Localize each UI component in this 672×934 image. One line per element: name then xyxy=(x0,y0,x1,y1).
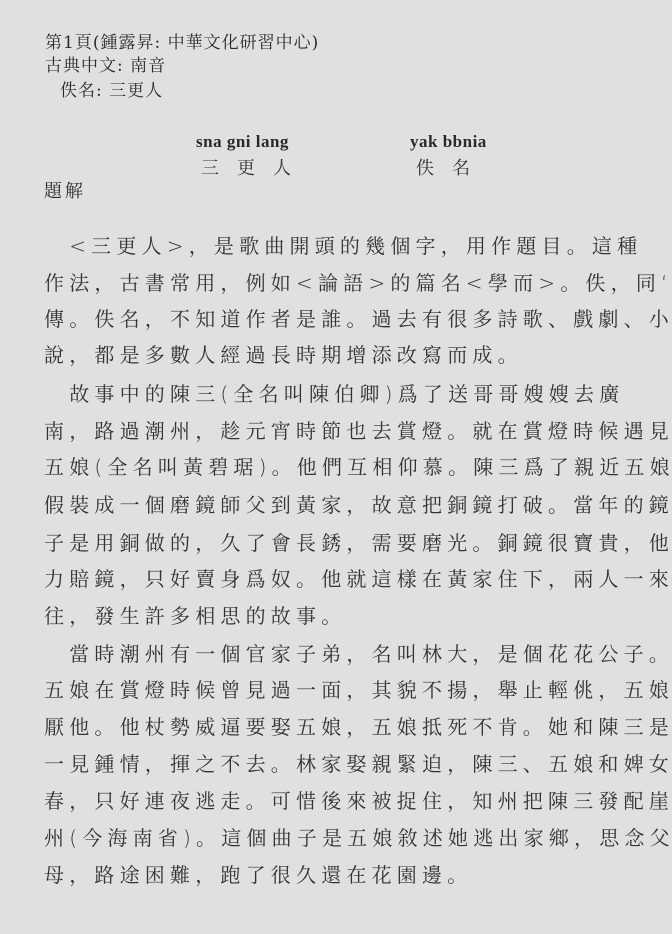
section-title: 題解 xyxy=(44,177,86,203)
body-line: 傳。佚名，不知道作者是誰。過去有很多詩歌、戲劇、小 xyxy=(44,303,672,332)
body-line: <三更人>，是歌曲開頭的幾個字，用作題目。這種 xyxy=(44,230,642,259)
page-header-source: 第1頁(鍾露昇: 中華文化研習中心) xyxy=(45,32,319,54)
body-line: 假裝成一個磨鏡師父到黃家，故意把銅鏡打破。當年的鏡 xyxy=(44,489,672,518)
body-line: 厭他。他杖勢威逼要娶五娘，五娘抵死不肯。她和陳三是 xyxy=(44,711,672,740)
body-line: 力賠鏡，只好賣身爲奴。他就這樣在黃家住下，兩人一來一 xyxy=(44,563,672,592)
author-characters: 佚 名 xyxy=(416,154,470,180)
body-line: 五娘(全名叫黃碧琚)。他們互相仰慕。陳三爲了親近五娘， xyxy=(44,451,672,480)
body-line: 往，發生許多相思的故事。 xyxy=(44,600,346,629)
body-line: 一見鍾情，揮之不去。林家娶親緊迫，陳三、五娘和婢女益 xyxy=(44,748,672,777)
author-romanization: yak bbnia xyxy=(410,132,487,152)
body-line: 母，路途困難，跑了很久還在花園邊。 xyxy=(44,859,472,888)
body-line: 五娘在賞燈時候曾見過一面，其貌不揚，舉止輕佻，五娘討 xyxy=(44,674,672,703)
body-line: 春，只好連夜逃走。可惜後來被捉住，知州把陳三發配崖 xyxy=(44,785,672,814)
page-header-author-title: 佚名: 三更人 xyxy=(60,80,163,102)
body-line: 作法，古書常用，例如<論語>的篇名<學而>。佚，同‘逸’，失 xyxy=(44,267,672,296)
title-romanization: sna gni lang xyxy=(196,132,289,152)
body-line: 說，都是多數人經過長時期增添改寫而成。 xyxy=(44,339,523,368)
body-line: 當時潮州有一個官家子弟，名叫林大，是個花花公子。 xyxy=(44,638,672,667)
body-line: 子是用銅做的，久了會長銹，需要磨光。銅鏡很寶貴，他無 xyxy=(44,527,672,556)
body-line: 州(今海南省)。這個曲子是五娘敘述她逃出家鄉，思念父 xyxy=(44,822,672,851)
title-characters: 三 更 人 xyxy=(201,154,291,180)
body-line: 故事中的陳三(全名叫陳伯卿)爲了送哥哥嫂嫂去廣 xyxy=(44,378,624,407)
page-header-category: 古典中文: 南音 xyxy=(45,55,166,77)
body-line: 南，路過潮州，趁元宵時節也去賞燈。就在賞燈時候遇見 xyxy=(44,415,672,444)
